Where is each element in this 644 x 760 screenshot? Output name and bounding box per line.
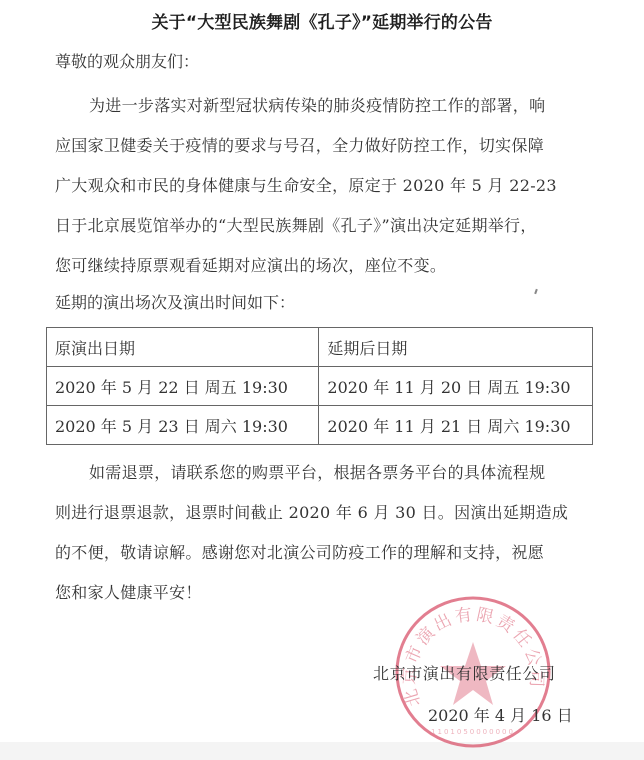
paragraph-line: 日于北京展览馆举办的“大型民族舞剧《孔子》”演出决定延期举行， [55,206,595,246]
schedule-table: 原演出日期 延期后日期 2020 年 5 月 22 日 周五 19:30 202… [46,327,593,445]
signature-date: 2020 年 4 月 16 日 [428,703,573,726]
table-row: 2020 年 5 月 23 日 周六 19:30 2020 年 11 月 21 … [47,406,593,445]
paragraph-postponement: 为进一步落实对新型冠状病传染的肺炎疫情防控工作的部署，响 应国家卫健委关于疫情的… [55,86,595,286]
paragraph-line: 广大观众和市民的身体健康与生命安全，原定于 2020 年 5 月 22-23 [55,166,595,206]
notice-page: 关于“大型民族舞剧《孔子》”延期举行的公告 尊敬的观众朋友们： 为进一步落实对新… [0,0,644,742]
scan-artifact [534,289,538,294]
original-date-cell: 2020 年 5 月 22 日 周五 19:30 [47,367,319,406]
table-header-row: 原演出日期 延期后日期 [47,328,593,367]
svg-text:1101050000000: 1101050000000 [431,728,515,736]
paragraph-line: 如需退票，请联系您的购票平台，根据各票务平台的具体流程规 [55,453,595,493]
paragraph-refund: 如需退票，请联系您的购票平台，根据各票务平台的具体流程规 则进行退票退款，退票时… [55,453,595,613]
original-date-cell: 2020 年 5 月 23 日 周六 19:30 [47,406,319,445]
header-original-date: 原演出日期 [47,328,319,367]
paragraph-line: 应国家卫健委关于疫情的要求与号召，全力做好防控工作，切实保障 [55,126,595,166]
postponed-date-cell: 2020 年 11 月 21 日 周六 19:30 [319,406,593,445]
paragraph-line: 的不便，敬请谅解。感谢您对北演公司防疫工作的理解和支持，祝愿 [55,533,595,573]
paragraph-line: 为进一步落实对新型冠状病传染的肺炎疫情防控工作的部署，响 [55,86,595,126]
paragraph-line: 您可继续持原票观看延期对应演出的场次，座位不变。 [55,246,595,286]
schedule-intro: 延期的演出场次及演出时间如下： [55,290,295,313]
header-postponed-date: 延期后日期 [319,328,593,367]
notice-title: 关于“大型民族舞剧《孔子》”延期举行的公告 [0,8,644,33]
postponed-date-cell: 2020 年 11 月 20 日 周五 19:30 [319,367,593,406]
table-row: 2020 年 5 月 22 日 周五 19:30 2020 年 11 月 20 … [47,367,593,406]
signature-company: 北京市演出有限责任公司 [373,661,556,684]
salutation: 尊敬的观众朋友们： [55,49,199,72]
paragraph-line: 则进行退票退款，退票时间截止 2020 年 6 月 30 日。因演出延期造成 [55,493,595,533]
